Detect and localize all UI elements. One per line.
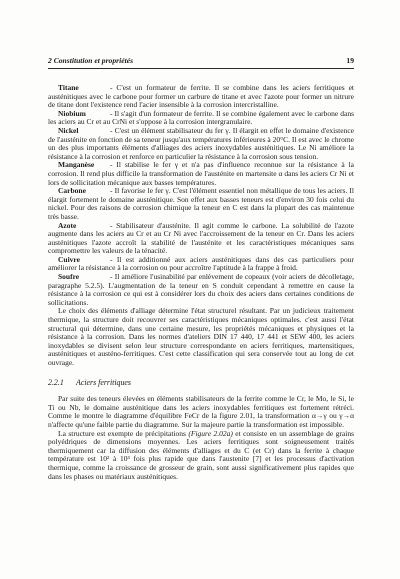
running-header: 2 Constitution et propriétés 19 <box>48 56 354 69</box>
entry-manganese: Manganèse- Il stabilise le fer γ et n'a … <box>48 161 354 187</box>
entry-azote: Azote- Stabilisateur d'austénite. Il agi… <box>48 222 354 256</box>
page-content: 2 Constitution et propriétés 19 Titane- … <box>48 56 354 481</box>
entry-niobium: Niobium- Il s'agit d'un formateur de fer… <box>48 110 354 127</box>
page-number: 19 <box>346 56 354 65</box>
paragraph-text: et consiste en un assemblage de grains p… <box>48 429 354 481</box>
section-number: 2.2.1 <box>48 379 76 388</box>
body-text: Titane- C'est un formateur de ferrite. I… <box>48 84 354 481</box>
entry-soufre: Soufre- Il améliore l'usinabilité par en… <box>48 273 354 307</box>
entry-cuivre: Cuivre- Il est additionné aux aciers aus… <box>48 256 354 273</box>
section-paragraph-2: La structure est exempte de précipitatio… <box>48 430 354 482</box>
entry-carbone: Carbone- Il favorise le fer γ. C'est l'é… <box>48 187 354 221</box>
entry-nickel: Nickel- C'est un élément stabilisateur d… <box>48 127 354 161</box>
section-heading: 2.2.1Aciers ferritiques <box>48 379 354 388</box>
section-title: Aciers ferritiques <box>76 378 131 387</box>
closing-paragraph: Le choix des éléments d'alliage détermin… <box>48 307 354 367</box>
entry-titane: Titane- C'est un formateur de ferrite. I… <box>48 84 354 110</box>
section-paragraph-1: Par suite des teneurs élevées en élément… <box>48 395 354 429</box>
book-page: 2 Constitution et propriétés 19 Titane- … <box>0 0 400 579</box>
running-header-title: 2 Constitution et propriétés <box>48 56 133 65</box>
